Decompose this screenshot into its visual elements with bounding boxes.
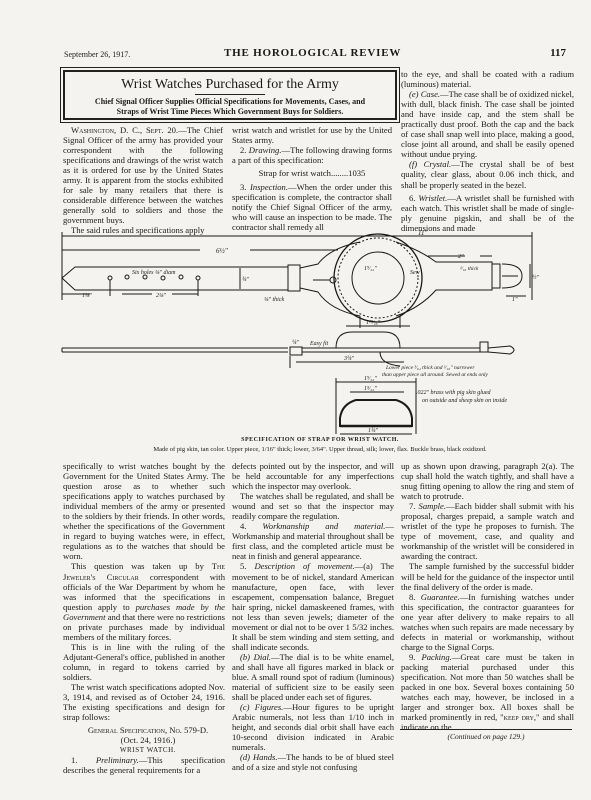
strap-drawing-svg: 11" 6½" Six holes ⅛" diam 1⅛" 2⅛" ⅛" thi… xyxy=(60,228,585,436)
paragraph: This question was taken up by The Jewele… xyxy=(63,561,225,641)
lower-column-2: defects pointed out by the inspector, an… xyxy=(232,461,394,772)
article-headline-box: Wrist Watches Purchased for the Army Chi… xyxy=(63,70,397,120)
page-number: 117 xyxy=(550,47,566,59)
title-rule xyxy=(195,94,265,95)
paragraph: specifically to wrist watches bought by … xyxy=(63,461,225,561)
paragraph: The sample furnished by the successful b… xyxy=(401,561,574,591)
svg-text:3¼": 3¼" xyxy=(343,356,355,362)
paragraph: up as shown upon drawing, paragraph 2(a)… xyxy=(401,461,574,501)
svg-text:1⁹⁄₃₂": 1⁹⁄₃₂" xyxy=(364,376,377,382)
lower-column-3: up as shown upon drawing, paragraph 2(a)… xyxy=(401,461,574,732)
paragraph: This is in line with the ruling of the A… xyxy=(63,642,225,682)
svg-text:½": ½" xyxy=(532,274,540,281)
svg-text:¾": ¾" xyxy=(242,277,250,283)
running-head: September 26, 1917. THE HOROLOGICAL REVI… xyxy=(64,47,576,63)
paragraph: The wrist watch specifications adopted N… xyxy=(63,682,225,722)
upper-column-2: wrist watch and wristlet for use by the … xyxy=(232,125,392,232)
svg-text:1¹³⁄₁₆": 1¹³⁄₁₆" xyxy=(366,320,381,326)
paragraph: 4. Workmanship and material.—Workmanship… xyxy=(232,521,394,561)
continued-notice: (Continued on page 129.) xyxy=(400,729,572,741)
paragraph: defects pointed out by the inspector, an… xyxy=(232,461,394,491)
magazine-page: September 26, 1917. THE HOROLOGICAL REVI… xyxy=(0,0,591,800)
paragraph: 1. Preliminary.—This specification descr… xyxy=(63,755,225,775)
svg-text:1⅛": 1⅛" xyxy=(82,293,93,299)
paragraph: (d) Hands.—The hands to be of blued stee… xyxy=(232,752,394,772)
paragraph: (f) Crystal.—The crystal shall be of bes… xyxy=(401,159,574,189)
svg-text:⅛" thick: ⅛" thick xyxy=(264,297,285,303)
svg-text:Easy fit: Easy fit xyxy=(309,340,328,347)
spec-date: (Oct. 24, 1916.) xyxy=(63,735,225,745)
article-subtitle-2: Straps of Wrist Time Pieces Which Govern… xyxy=(65,107,395,117)
upper-column-3: to the eye, and shall be coated with a r… xyxy=(401,69,574,233)
paragraph: 3. Inspection.—When the order under this… xyxy=(232,182,392,232)
svg-text:.022" brass with pig skin glue: .022" brass with pig skin glued xyxy=(416,390,492,396)
svg-text:2": 2" xyxy=(458,254,464,260)
svg-text:¼": ¼" xyxy=(292,340,300,346)
figure-caption-text: Made of pig skin, tan color. Upper piece… xyxy=(60,446,580,453)
paragraph: 7. Sample.—Each bidder shall submit with… xyxy=(401,501,574,561)
strap-technical-drawing: 11" 6½" Six holes ⅛" diam 1⅛" 2⅛" ⅛" thi… xyxy=(60,228,585,436)
paragraph: 6. Wristlet.—A wristlet shall be furnish… xyxy=(401,193,574,233)
svg-text:on outside and sheep skin on i: on outside and sheep skin on inside xyxy=(422,398,507,404)
svg-text:Lower piece ³⁄₆₄ thick and ¹⁄₁: Lower piece ³⁄₆₄ thick and ¹⁄₁₆" narrowe… xyxy=(385,365,475,371)
svg-text:¹⁄₁₆ thick: ¹⁄₁₆ thick xyxy=(460,266,479,272)
svg-text:1¾": 1¾" xyxy=(368,428,379,434)
paragraph: (c) Figures.—Hour figures to be upright … xyxy=(232,702,394,752)
spec-section: WRIST WATCH. xyxy=(63,745,225,755)
paragraph: Washington, D. C., Sept. 20.—The Chief S… xyxy=(63,125,223,225)
figure-caption-title: SPECIFICATION OF STRAP FOR WRIST WATCH. xyxy=(60,437,580,443)
paragraph: wrist watch and wristlet for use by the … xyxy=(232,125,392,145)
lower-column-1: specifically to wrist watches bought by … xyxy=(63,461,225,775)
upper-column-1: Washington, D. C., Sept. 20.—The Chief S… xyxy=(63,125,223,236)
paragraph: The watches shall be regulated, and shal… xyxy=(232,491,394,521)
paragraph: 8. Guarantee.—In furnishing watches unde… xyxy=(401,592,574,652)
svg-text:6½": 6½" xyxy=(216,247,228,255)
article-title: Wrist Watches Purchased for the Army xyxy=(65,77,395,93)
paragraph: 2. Drawing.—The following drawing forms … xyxy=(232,145,392,165)
svg-text:than upper piece all around. S: than upper piece all around. Sewed at en… xyxy=(382,372,489,378)
paragraph: 9. Packing.—Great care must be taken in … xyxy=(401,652,574,732)
spec-title: General Specification, No. 579-D. xyxy=(63,725,225,735)
dateline: Washington, D. C., Sept. 20. xyxy=(71,125,178,135)
svg-text:Sew: Sew xyxy=(410,270,420,276)
paragraph: 5. Description of movement.—(a) The move… xyxy=(232,561,394,651)
article-subtitle-1: Chief Signal Officer Supplies Official S… xyxy=(65,97,395,107)
svg-text:Six holes ⅛" diam: Six holes ⅛" diam xyxy=(132,270,176,276)
issue-date: September 26, 1917. xyxy=(64,50,130,59)
svg-text:2⅛": 2⅛" xyxy=(156,293,167,299)
journal-title: THE HOROLOGICAL REVIEW xyxy=(224,47,401,59)
paragraph: (e) Case.—The case shall be of oxidized … xyxy=(401,89,574,159)
paragraph: (b) Dial.—The dial is to be white enamel… xyxy=(232,652,394,702)
svg-text:1⁵⁄₃₂": 1⁵⁄₃₂" xyxy=(364,386,377,392)
svg-text:1": 1" xyxy=(512,297,518,303)
svg-text:11": 11" xyxy=(418,229,427,237)
paragraph: to the eye, and shall be coated with a r… xyxy=(401,69,574,89)
svg-text:1⁹⁄₃₂": 1⁹⁄₃₂" xyxy=(364,266,377,272)
drawing-reference: Strap for wrist watch........1035 xyxy=(232,168,392,178)
